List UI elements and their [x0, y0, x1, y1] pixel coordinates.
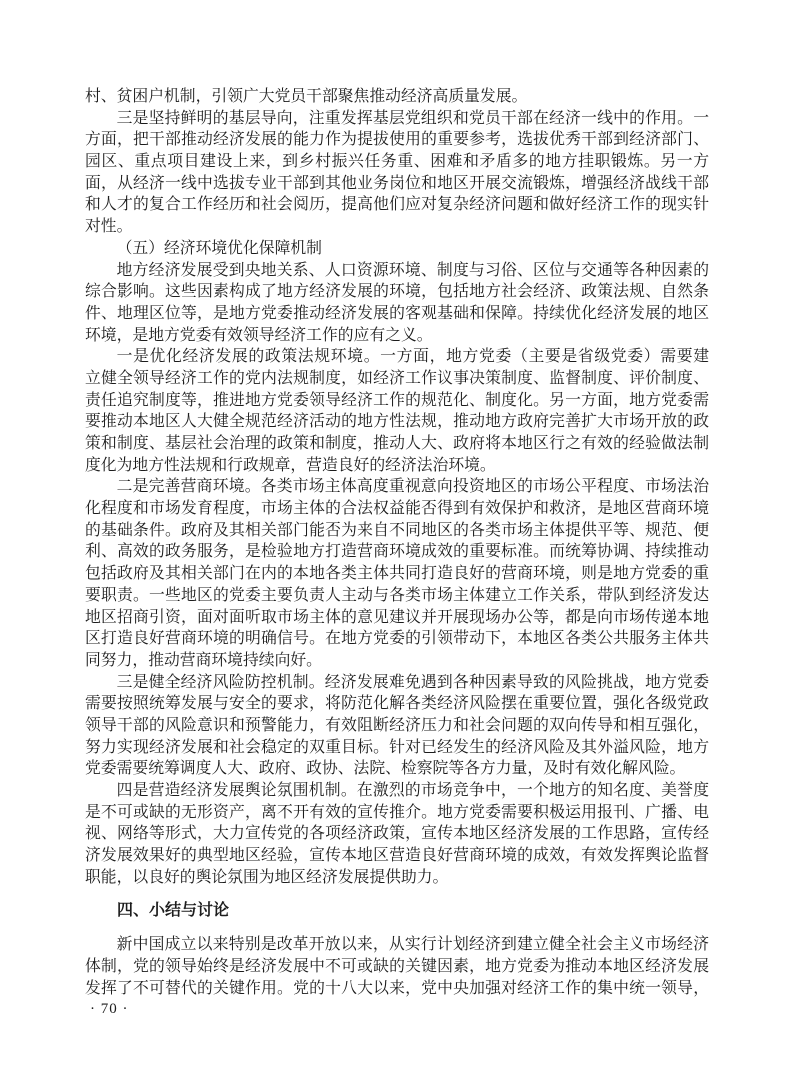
text-line: 三是坚持鲜明的基层导向，注重发挥基层党组织和党员干部在经济一线中的作用。一 [85, 108, 709, 130]
text-line: 度化为地方性法规和行政规章，营造良好的经济法治环境。 [85, 455, 709, 477]
text-line: 职能，以良好的舆论氛围为地区经济发展提供助力。 [85, 867, 709, 889]
page-number: · 70 · [85, 999, 709, 1021]
page-body: 村、贫困户机制，引领广大党员干部聚焦推动经济高质量发展。三是坚持鲜明的基层导向，… [85, 86, 709, 1021]
section-heading: 四、小结与讨论 [85, 900, 709, 922]
text-line: 一是优化经济发展的政策法规环境。一方面，地方党委（主要是省级党委）需要建 [85, 346, 709, 368]
text-line: 济发展效果好的典型地区经验，宣传本地区营造良好营商环境的成效，有效发挥舆论监督 [85, 845, 709, 867]
text-line: 是不可或缺的无形资产，离不开有效的宣传推介。地方党委需要积极运用报刊、广播、电 [85, 802, 709, 824]
text-line: 地区招商引资，面对面听取市场主体的意见建议并开展现场办公等，都是向市场传递本地 [85, 607, 709, 629]
text-line: 三是健全经济风险防控机制。经济发展难免遇到各种因素导致的风险挑战，地方党委 [85, 672, 709, 694]
text-line: 同努力，推动营商环境持续向好。 [85, 650, 709, 672]
text-line: 领导干部的风险意识和预警能力，有效阻断经济压力和社会问题的双向传导和相互强化， [85, 715, 709, 737]
text-line: 需要按照统筹发展与安全的要求，将防范化解各类经济风险摆在重要位置，强化各级党政 [85, 693, 709, 715]
text-line: 和人才的复合工作经历和社会阅历，提高他们应对复杂经济问题和做好经济工作的现实针 [85, 194, 709, 216]
text-line: 要职责。一些地区的党委主要负责人主动与各类市场主体建立工作关系，带队到经济发达 [85, 585, 709, 607]
text-line: 体制，党的领导始终是经济发展中不可或缺的关键因素，地方党委为推动本地区经济发展 [85, 956, 709, 978]
text-line: 努力实现经济发展和社会稳定的双重目标。针对已经发生的经济风险及其外溢风险，地方 [85, 737, 709, 759]
text-line: 四是营造经济发展舆论氛围机制。在激烈的市场竞争中，一个地方的知名度、美誉度 [85, 780, 709, 802]
text-line: 地方经济发展受到央地关系、人口资源环境、制度与习俗、区位与交通等各种因素的 [85, 260, 709, 282]
text-line: 的基础条件。政府及其相关部门能否为来自不同地区的各类市场主体提供平等、规范、便 [85, 520, 709, 542]
text-line: 方面，把干部推动经济发展的能力作为提拔使用的重要参考，选拔优秀干部到经济部门、 [85, 129, 709, 151]
text-line: 对性。 [85, 216, 709, 238]
text-line: 区打造良好营商环境的明确信号。在地方党委的引领带动下，本地区各类公共服务主体共 [85, 628, 709, 650]
text-line: 二是完善营商环境。各类市场主体高度重视意向投资地区的市场公平程度、市场法治 [85, 476, 709, 498]
text-line: 党委需要统筹调度人大、政府、政协、法院、检察院等各方力量，及时有效化解风险。 [85, 758, 709, 780]
text-line: 综合影响。这些因素构成了地方经济发展的环境，包括地方社会经济、政策法规、自然条 [85, 281, 709, 303]
text-line: 策和制度、基层社会治理的政策和制度，推动人大、政府将本地区行之有效的经验做法制 [85, 433, 709, 455]
text-line: 要推动本地区人大健全规范经济活动的地方性法规，推动地方政府完善扩大市场开放的政 [85, 411, 709, 433]
text-line: 利、高效的政务服务，是检验地方打造营商环境成效的重要标准。而统筹协调、持续推动 [85, 541, 709, 563]
text-line: 件、地理区位等，是地方党委推动经济发展的客观基础和保障。持续优化经济发展的地区 [85, 303, 709, 325]
text-line: 村、贫困户机制，引领广大党员干部聚焦推动经济高质量发展。 [85, 86, 709, 108]
text-line: 包括政府及其相关部门在内的本地各类主体共同打造良好的营商环境，则是地方党委的重 [85, 563, 709, 585]
text-line: 环境，是地方党委有效领导经济工作的应有之义。 [85, 325, 709, 347]
text-line: 发挥了不可替代的关键作用。党的十八大以来，党中央加强对经济工作的集中统一领导， [85, 978, 709, 1000]
text-line: 园区、重点项目建设上来，到乡村振兴任务重、困难和矛盾多的地方挂职锻炼。另一方 [85, 151, 709, 173]
lines-container: 村、贫困户机制，引领广大党员干部聚焦推动经济高质量发展。三是坚持鲜明的基层导向，… [85, 86, 709, 999]
text-line: （五）经济环境优化保障机制 [85, 238, 709, 260]
text-line: 面，从经济一线中选拔专业干部到其他业务岗位和地区开展交流锻炼，增强经济战线干部 [85, 173, 709, 195]
text-line: 新中国成立以来特别是改革开放以来，从实行计划经济到建立健全社会主义市场经济 [85, 934, 709, 956]
text-line: 视、网络等形式，大力宣传党的各项经济政策，宣传本地区经济发展的工作思路，宣传经 [85, 823, 709, 845]
text-line: 责任追究制度等，推进地方党委领导经济工作的规范化、制度化。另一方面，地方党委需 [85, 390, 709, 412]
document-page: 村、贫困户机制，引领广大党员干部聚焦推动经济高质量发展。三是坚持鲜明的基层导向，… [0, 0, 793, 1077]
text-line: 化程度和市场发育程度，市场主体的合法权益能否得到有效保护和救济，是地区营商环境 [85, 498, 709, 520]
text-line: 立健全领导经济工作的党内法规制度，如经济工作议事决策制度、监督制度、评价制度、 [85, 368, 709, 390]
